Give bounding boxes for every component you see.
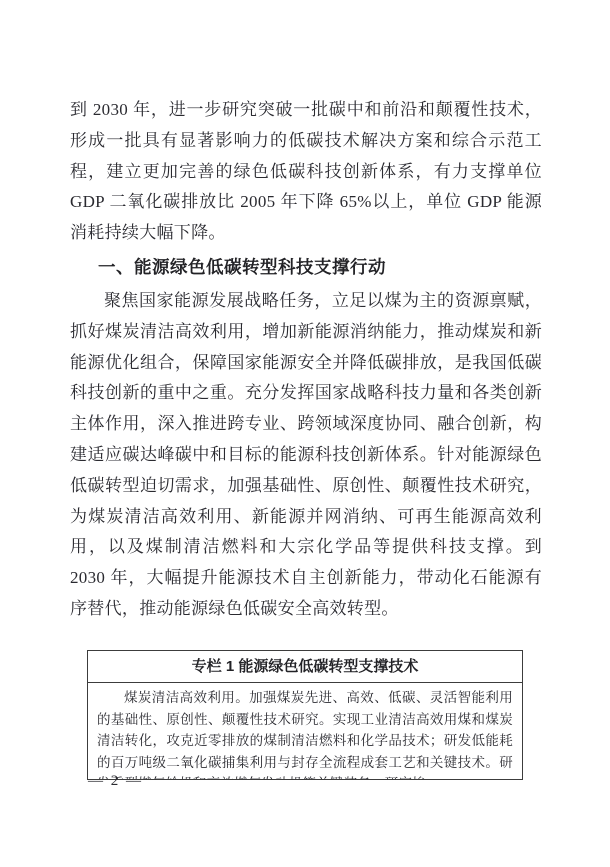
paragraph-continuation: 到 2030 年，进一步研究突破一批碳中和前沿和颠覆性技术，形成一批具有显著影响… [70,95,542,249]
callout-box-1: 专栏 1 能源绿色低碳转型支撑技术 煤炭清洁高效利用。加强煤炭先进、高效、低碳、… [87,650,523,780]
callout-box-body: 煤炭清洁高效利用。加强煤炭先进、高效、低碳、灵活智能利用的基础性、原创性、颠覆性… [88,683,522,779]
section-body-paragraph: 聚焦国家能源发展战略任务，立足以煤为主的资源禀赋，抓好煤炭清洁高效利用，增加新能… [70,286,542,625]
callout-box-title: 专栏 1 能源绿色低碳转型支撑技术 [88,651,522,683]
page-number: — 2 — [88,773,143,790]
section-heading: 一、能源绿色低碳转型科技支撑行动 [70,255,542,279]
document-page: 到 2030 年，进一步研究突破一批碳中和前沿和颠覆性技术，形成一批具有显著影响… [0,0,610,867]
